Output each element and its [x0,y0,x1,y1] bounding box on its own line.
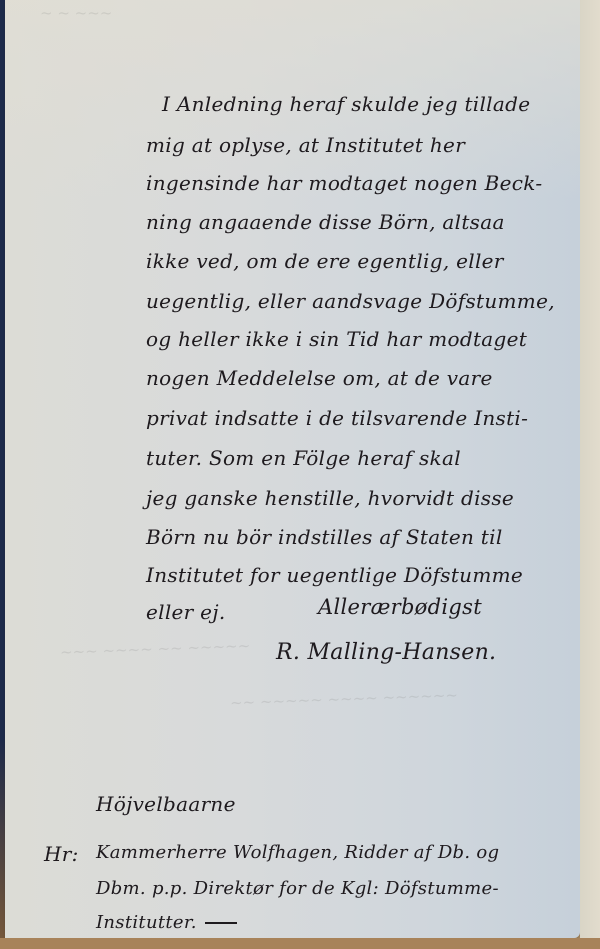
signature: R. Malling-Hansen. [276,640,496,665]
body-line: mig at oplyse, at Institutet her [146,133,465,157]
body-line: nogen Meddelelse om, at de vare [146,366,493,390]
body-line: jeg ganske henstille, hvorvidt disse [146,486,514,510]
address-prefix: Hr: [44,842,79,866]
body-line: ingensinde har modtaget nogen Beck- [146,171,542,195]
dash-stroke [205,922,237,924]
body-line: I Anledning heraf skulde jeg tillade [162,92,530,116]
bleed-through-mark: ~ ~ ~~~ [40,4,112,22]
body-line: tuter. Som en Fölge heraf skal [146,446,461,470]
address-salutation: Höjvelbaarne [96,792,236,816]
address-line: Institutter. [96,912,197,933]
table-surface [0,938,600,949]
body-line: Institutet for uegentlige Döfstumme [146,563,523,587]
closing-phrase: Allerærbødigst [318,595,482,619]
body-line: uegentlig, eller aandsvage Döfstumme, [146,289,555,313]
body-line: privat indsatte i de tilsvarende Insti- [146,406,528,430]
address-line-last: Institutter. [96,912,237,933]
address-line: Kammerherre Wolfhagen, Ridder af Db. og [96,842,499,863]
adjacent-page-edge [580,0,600,949]
body-line: eller ej. [146,600,225,624]
body-line: ikke ved, om de ere egentlig, eller [146,249,504,273]
body-line: ning angaaende disse Börn, altsaa [146,210,505,234]
address-line: Dbm. p.p. Direktør for de Kgl: Döfstumme… [96,878,499,899]
body-line: Börn nu bör indstilles af Staten til [146,525,503,549]
body-line: og heller ikke i sin Tid har modtaget [146,327,527,351]
